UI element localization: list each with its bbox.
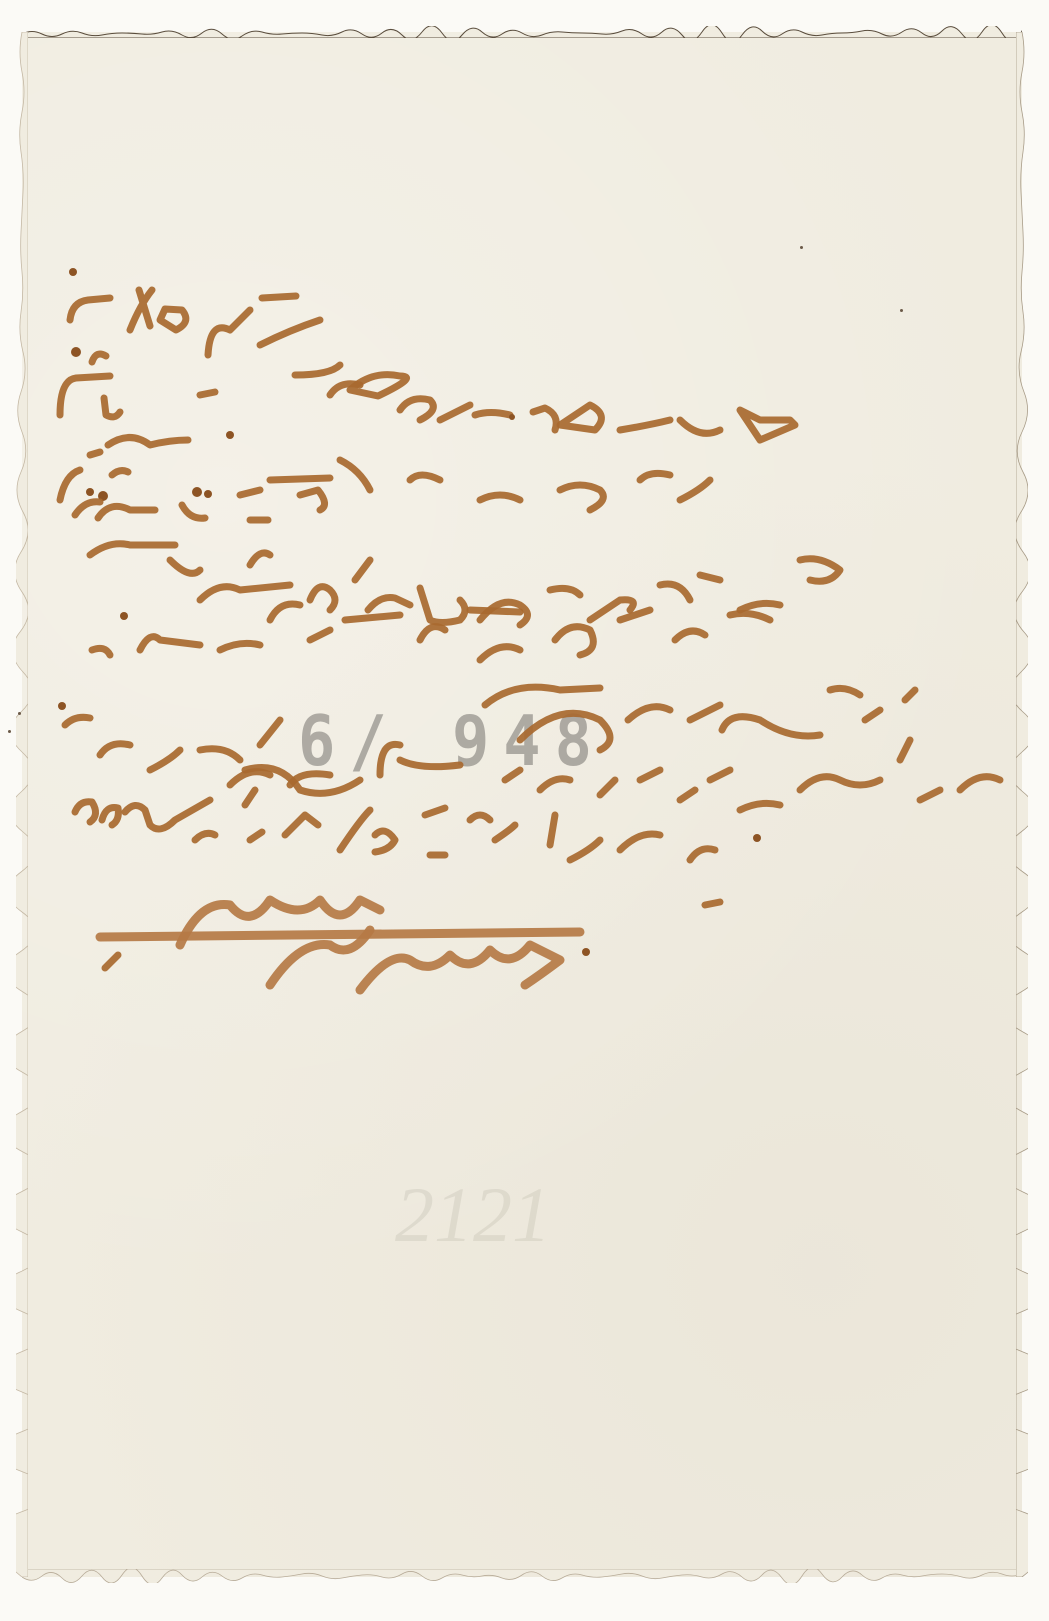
inscription-line-4 <box>75 488 840 625</box>
date-line <box>75 790 715 860</box>
signature <box>100 900 590 990</box>
dust-speck <box>18 712 21 715</box>
dust-speck <box>900 309 903 312</box>
dust-speck <box>8 730 11 733</box>
dust-speck <box>800 246 803 249</box>
inscription-line-2 <box>60 347 795 455</box>
inscription-line-3 <box>60 460 710 520</box>
inscription-line-1 <box>69 268 406 396</box>
inscription-line-6 <box>58 687 915 770</box>
inscription-line-7 <box>230 740 1000 905</box>
handwritten-inscription <box>0 0 1049 1621</box>
